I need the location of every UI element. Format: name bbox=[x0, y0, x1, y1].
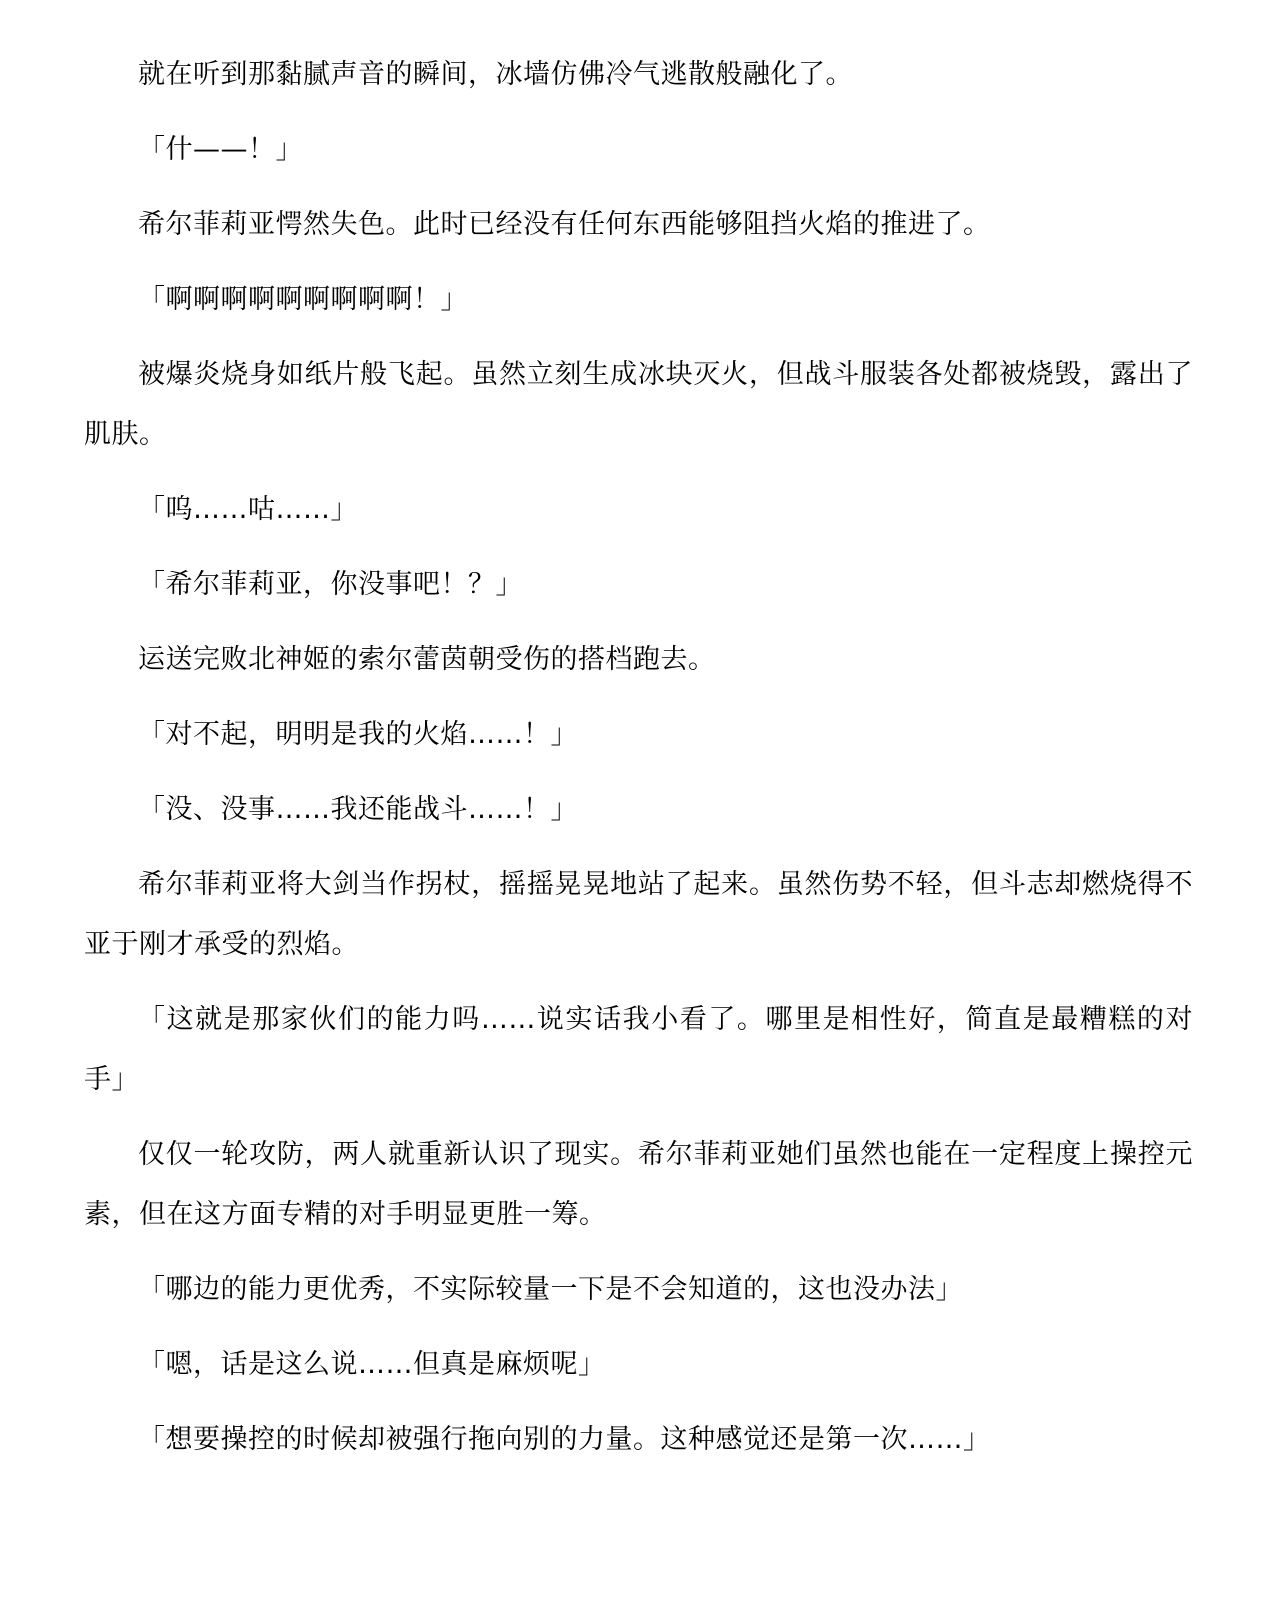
paragraph-narration: 运送完败北神姬的索尔蕾茵朝受伤的搭档跑去。 bbox=[84, 630, 1193, 690]
paragraph-dialogue: 「呜……咕……」 bbox=[84, 480, 1193, 540]
paragraph-narration: 就在听到那黏腻声音的瞬间，冰墙仿佛冷气逃散般融化了。 bbox=[84, 45, 1193, 105]
paragraph-dialogue: 「没、没事……我还能战斗……！」 bbox=[84, 780, 1193, 840]
paragraph-dialogue: 「哪边的能力更优秀，不实际较量一下是不会知道的，这也没办法」 bbox=[84, 1260, 1193, 1320]
paragraph-narration: 希尔菲莉亚将大剑当作拐杖，摇摇晃晃地站了起来。虽然伤势不轻，但斗志却燃烧得不亚于… bbox=[84, 855, 1193, 975]
paragraph-dialogue: 「嗯，话是这么说……但真是麻烦呢」 bbox=[84, 1335, 1193, 1395]
paragraph-dialogue: 「希尔菲莉亚，你没事吧！？」 bbox=[84, 555, 1193, 615]
paragraph-dialogue: 「想要操控的时候却被强行拖向别的力量。这种感觉还是第一次……」 bbox=[84, 1410, 1193, 1470]
paragraph-dialogue: 「对不起，明明是我的火焰……！」 bbox=[84, 705, 1193, 765]
paragraph-dialogue: 「这就是那家伙们的能力吗……说实话我小看了。哪里是相性好，简直是最糟糕的对手」 bbox=[84, 990, 1193, 1110]
paragraph-narration: 被爆炎烧身如纸片般飞起。虽然立刻生成冰块灭火，但战斗服装各处都被烧毁，露出了肌肤… bbox=[84, 345, 1193, 465]
paragraph-dialogue: 「什——！」 bbox=[84, 120, 1193, 180]
paragraph-narration: 仅仅一轮攻防，两人就重新认识了现实。希尔菲莉亚她们虽然也能在一定程度上操控元素，… bbox=[84, 1125, 1193, 1245]
paragraph-narration: 希尔菲莉亚愕然失色。此时已经没有任何东西能够阻挡火焰的推进了。 bbox=[84, 195, 1193, 255]
paragraph-dialogue: 「啊啊啊啊啊啊啊啊啊！」 bbox=[84, 270, 1193, 330]
document-page: 就在听到那黏腻声音的瞬间，冰墙仿佛冷气逃散般融化了。「什——！」希尔菲莉亚愕然失… bbox=[0, 0, 1280, 1624]
